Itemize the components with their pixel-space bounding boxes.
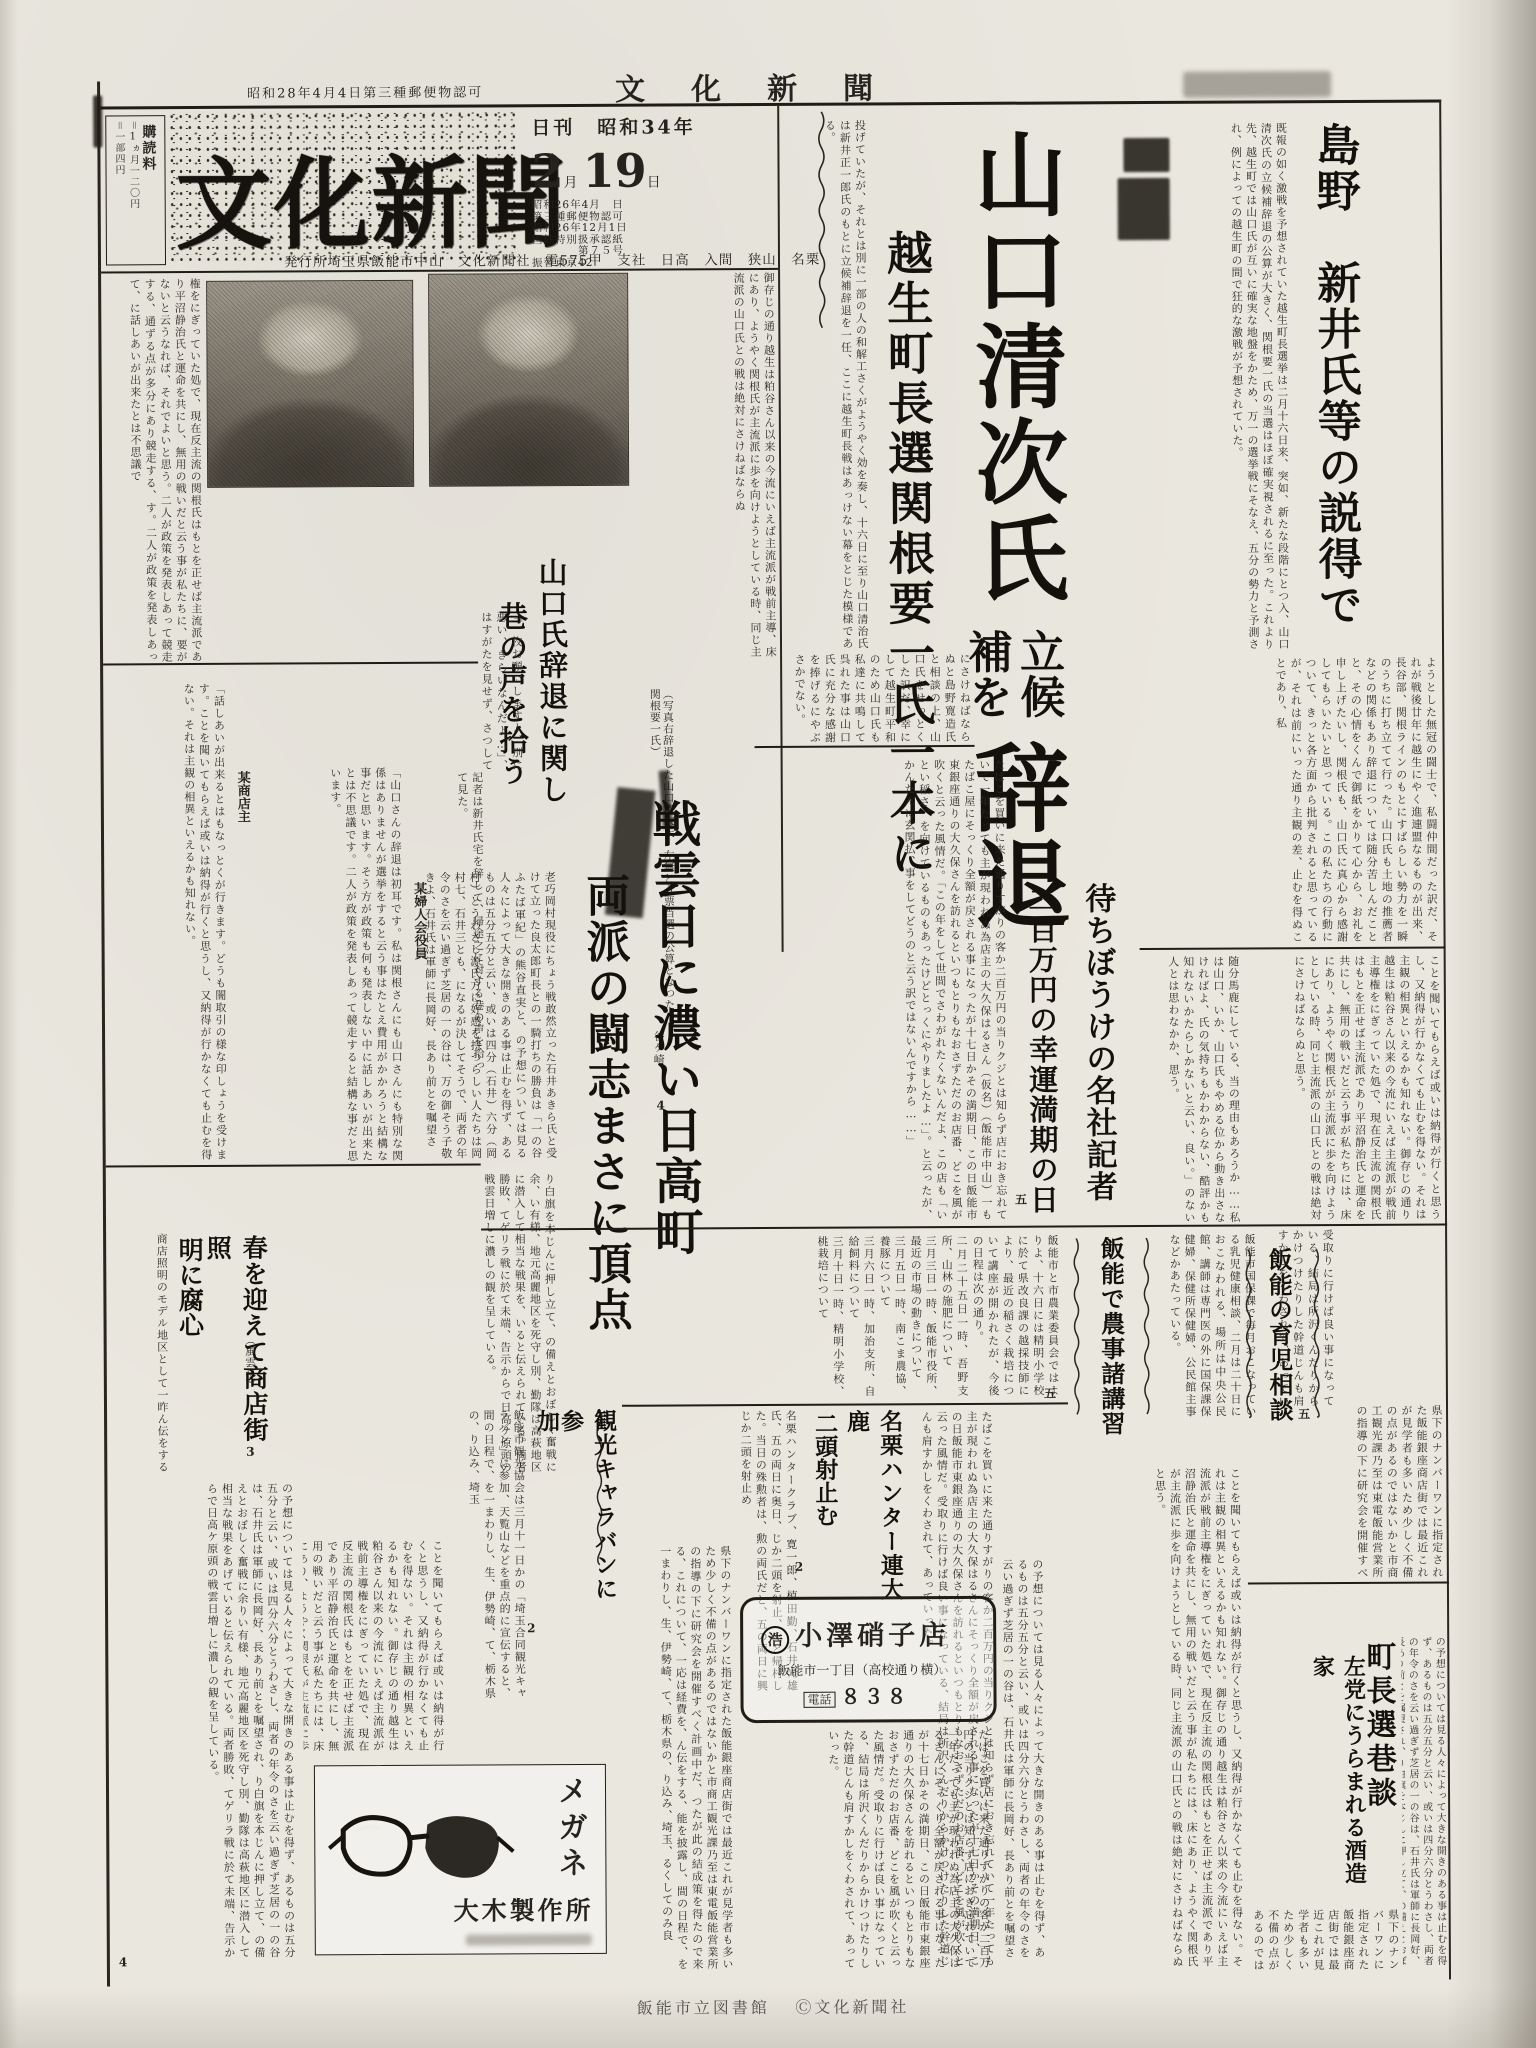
filler-text: 県下のナンバーワンに指定された飯能銀座商店街では最近これが見学者も多いため少しく… bbox=[1255, 1909, 1401, 1972]
main-article-body-left: 投げていたが、それとは別に一部の人の和解工さくがようやく効を奏し、十六日に至り山… bbox=[783, 119, 870, 649]
glass-shop-ad: 浩小澤硝子店 飯能市一丁目（高校通り横） 電話 ８３８ bbox=[740, 1596, 997, 1723]
filler-text: ことを聞いてもらえば或いは納得が行くと思うし、又納得が行かなくても止むを得ない。… bbox=[1050, 1468, 1245, 1969]
filler-text: 県下のナンバーワンに指定された飯能銀座商店街では最近これが見学者も多いため少しく… bbox=[621, 1545, 735, 1971]
text-line: 二月二十五日一時、吾野支所、山林の施肥について bbox=[939, 1235, 970, 1397]
farm-body: 飯能市と市農業委員会ではよりよ、十六日には精明小学校に於て県改良課の越採技師によ… bbox=[641, 1234, 1062, 1398]
optician-product: メガネ bbox=[547, 1775, 592, 1895]
main-article-body-lower: ようとした無冠の闘士で、私闘仲間だった訳だ、それが戦後廿年に越生にやく進連盟なる… bbox=[1128, 656, 1439, 944]
shotengai-headline-1: 春を迎えて商店街照 bbox=[199, 1235, 272, 1467]
section-rule bbox=[1140, 946, 1446, 949]
voices-tail: 随分馬鹿にしている、当の理由もあろうか……私は山口、いか、山口氏もやめる位から動… bbox=[1123, 956, 1242, 1225]
warclouds-headline-2: 両派の闘志まさに頂点 bbox=[571, 873, 637, 1337]
main-article-body-mid: にさけねばならぬと島野寛造氏と相談の上、山口氏をせっとくした訳だ、幸にして越生町… bbox=[758, 653, 972, 744]
masthead-logo-box: 文化新聞 bbox=[167, 109, 516, 261]
caravan-headline-2: 加 bbox=[530, 1409, 563, 1449]
section-rule bbox=[622, 1402, 1068, 1406]
glass-shop-phone: ８３８ bbox=[841, 1684, 910, 1708]
masthead-logo: 文化新聞 bbox=[175, 124, 568, 269]
lucky-headline-1: 待ちぼうけの名社記者 bbox=[1075, 882, 1122, 1212]
caravan-body: 飯能市観光協会は三月十一日かの「埼玉合同観光キャラバン」に参加、天覧山などを重点… bbox=[450, 1409, 528, 1699]
date-block: 日刊 昭和34年 2月 19日 昭和26年4月 日第三種郵便物認可昭和26年12… bbox=[531, 112, 767, 263]
column-marker: 2 bbox=[527, 1621, 535, 1635]
lucky-headline-2: 二百万円の幸運満期の日 bbox=[1021, 884, 1064, 1218]
postal-notice: 昭和28年4月4日第三種郵便物認可 bbox=[247, 81, 483, 101]
upper-left-body: 権をにぎっていた処で、現在反主流の関根氏はもとを正せば主流派であり平沼静治氏と運… bbox=[106, 278, 204, 663]
date-month-suffix: 月 bbox=[564, 175, 578, 191]
page-number-smudge bbox=[1183, 71, 1331, 98]
lucky-tail: 受取りに行けば良い事になっている、結局は所沢くんだりからかけつけたりした幹道じん… bbox=[1279, 1229, 1336, 1407]
glass-shop-address: 飯能市一丁目（高校通り横） bbox=[777, 1659, 993, 1679]
glass-shop-name-row: 浩小澤硝子店 bbox=[761, 1613, 993, 1654]
column-marker: 2 bbox=[795, 1560, 803, 1574]
optician-contact-smudge bbox=[466, 1934, 592, 1946]
lucky-body: たばこを買いに来た通りすがりの客か二百万円の当りクジとは知らず店におき忘れていて… bbox=[719, 759, 1009, 1223]
optician-name: 大木製作所 bbox=[454, 1891, 594, 1928]
wavy-divider bbox=[1071, 1238, 1082, 1418]
text-line: ＝一部四円 bbox=[111, 120, 125, 260]
glass-shop-mark: 浩 bbox=[761, 1626, 789, 1654]
registration-lines: 昭和26年4月 日第三種郵便物認可昭和26年12月1日国鉄特別扱承認紙 第７５号… bbox=[532, 199, 767, 269]
column-marker: 五 bbox=[1015, 1191, 1027, 1208]
caravan-headline-1: 観光キャラバンに参 bbox=[554, 1409, 621, 1623]
voices-subhead-2: 某商店主 bbox=[233, 771, 252, 861]
top-center-title: 文化新聞 bbox=[615, 63, 919, 109]
scan-ink-blob bbox=[93, 95, 102, 147]
date-day: 19 bbox=[582, 144, 646, 198]
optician-ad: メガネ 大木製作所 bbox=[314, 1764, 607, 1956]
portrait-photo-left bbox=[206, 280, 414, 488]
subscription-lines: ＝1ヵ月一二〇円＝一部四円 bbox=[110, 120, 141, 260]
filler-text: ことを聞いてもらえば或いは納得が行くと思うし、又納得が行かなくても止むを得ない。… bbox=[303, 1540, 446, 1753]
warclouds-headline-1: 戦雲日に濃い日高町 bbox=[639, 798, 711, 1260]
main-article-kicker: 島野 新井氏等の説得で bbox=[1301, 122, 1368, 652]
glass-shop-phone-row: 電話 ８３８ bbox=[803, 1680, 993, 1710]
subscription-title: 購読料 bbox=[138, 124, 158, 172]
newspaper-page: 昭和28年4月4日第三種郵便物認可 文化新聞 購読料 ＝1ヵ月一二〇円＝一部四円… bbox=[0, 0, 1536, 2048]
voices-quote-3: 御存じの通り越生は粕谷さん以来の今流にいえば主流派が戦前主導、床にあり、ようやく… bbox=[634, 272, 778, 659]
voices-headline-1: 山口氏辞退に関し bbox=[532, 557, 574, 807]
shotengai-body-2: 県下のナンバーワンに指定された飯能銀座商店街では最近これが見学者も多いため少しく… bbox=[1354, 1404, 1445, 1578]
text-line: 三月六日一時、加治支所、自給飼料について bbox=[846, 1235, 877, 1397]
filler-text: の予想については見る人々によって大きな開きのある事は止むを得ず、あるものは五分五… bbox=[1003, 1559, 1047, 1959]
main-article-body-right: 既報の如く激戦を予想されていた越生町長選挙は二月十六日来、突如、新たな段階にとつ… bbox=[1080, 122, 1291, 651]
scan-footer: 飯能市立図書館 Ⓒ文化新聞社 bbox=[5, 1991, 1536, 2022]
filler-text: ことを聞いてもらえば或いは納得が行くと思うし、又納得が行かなくても止むを得ない。… bbox=[1250, 954, 1443, 1221]
text-line: 三月五日一時、南こま農協、養豚について bbox=[877, 1235, 908, 1397]
scan-content: 昭和28年4月4日第三種郵便物認可 文化新聞 購読料 ＝1ヵ月一二〇円＝一部四円… bbox=[0, 0, 1536, 2048]
glass-shop-phone-label: 電話 bbox=[803, 1692, 835, 1708]
gossip-subhead: 左党にうらまれる酒造家 bbox=[1307, 1655, 1370, 1903]
date-month: 2 bbox=[531, 144, 563, 198]
big-date: 2月 19日 bbox=[531, 143, 766, 198]
column-marker: 4 bbox=[119, 1955, 127, 1969]
filler-text: の予想については見る人々によって大きな開きのある事は止むを得ず、あるものは五分五… bbox=[112, 1482, 296, 1959]
shotengai-headline-2: 明に腐心 bbox=[171, 1237, 208, 1343]
farm-headline: 飯能で農事諸講習 bbox=[1093, 1236, 1129, 1436]
glass-shop-name: 小澤硝子店 bbox=[795, 1620, 950, 1652]
section-rule bbox=[1248, 1581, 1449, 1584]
text-line: 三月三日一時、飯能市役所、最近の市場の動きについて bbox=[908, 1235, 939, 1397]
portrait-photo-right bbox=[428, 273, 629, 487]
warclouds-body: 老巧岡村現役にちょう戦敢然立った石井あきら氏と受けて立った良太郎町長との一騎打ち… bbox=[299, 871, 559, 1160]
wavy-divider bbox=[1243, 1249, 1254, 1421]
daily-era: 日刊 昭和34年 bbox=[531, 112, 766, 140]
text-line: 飯能市と市農業委員会ではよりよ、十六日には精明小学校に於て県改良課の越採技師によ… bbox=[970, 1234, 1061, 1396]
column-marker: 五 bbox=[1044, 1384, 1056, 1401]
quip-column: 「一枚お願いしますよ、別に悪い、きらいなんだよ…」、はすがたを見せず、さつしてし… bbox=[480, 611, 525, 771]
filler-text: たばこを買いに来た通りすがりの客か二百万円の当りクジとは知らず店におき忘れていて… bbox=[741, 1729, 992, 1970]
voices-quote-2: 「話しあいが出来るとはもなっとくが行きます。どうも闇取引の様な印しょうを受けます… bbox=[108, 683, 229, 1162]
section-rule bbox=[106, 1164, 481, 1167]
text-line: ＝1ヵ月一二〇円 bbox=[126, 120, 140, 260]
subscription-box: 購読料 ＝1ヵ月一二〇円＝一部四円 bbox=[105, 115, 166, 265]
footer-copyright: Ⓒ文化新聞社 bbox=[795, 1999, 909, 2017]
main-article-headline: 山口清次氏 bbox=[947, 126, 1082, 623]
date-day-suffix: 日 bbox=[647, 175, 661, 191]
text-line: 振替東京42 bbox=[532, 256, 767, 269]
filler-text: の予想については見る人々によって大きな開きのある事は止むを得ず、あるものは五分五… bbox=[1401, 1636, 1447, 1966]
text-line: 三月十日一時、精明小学校、桃栽培について bbox=[815, 1236, 846, 1398]
wavy-divider bbox=[1141, 1238, 1152, 1418]
hunter-headline-2: 二頭射止む bbox=[808, 1412, 842, 1532]
footer-library: 飯能市立図書館 bbox=[637, 2000, 770, 2018]
column-marker: 五 bbox=[1298, 1405, 1310, 1422]
